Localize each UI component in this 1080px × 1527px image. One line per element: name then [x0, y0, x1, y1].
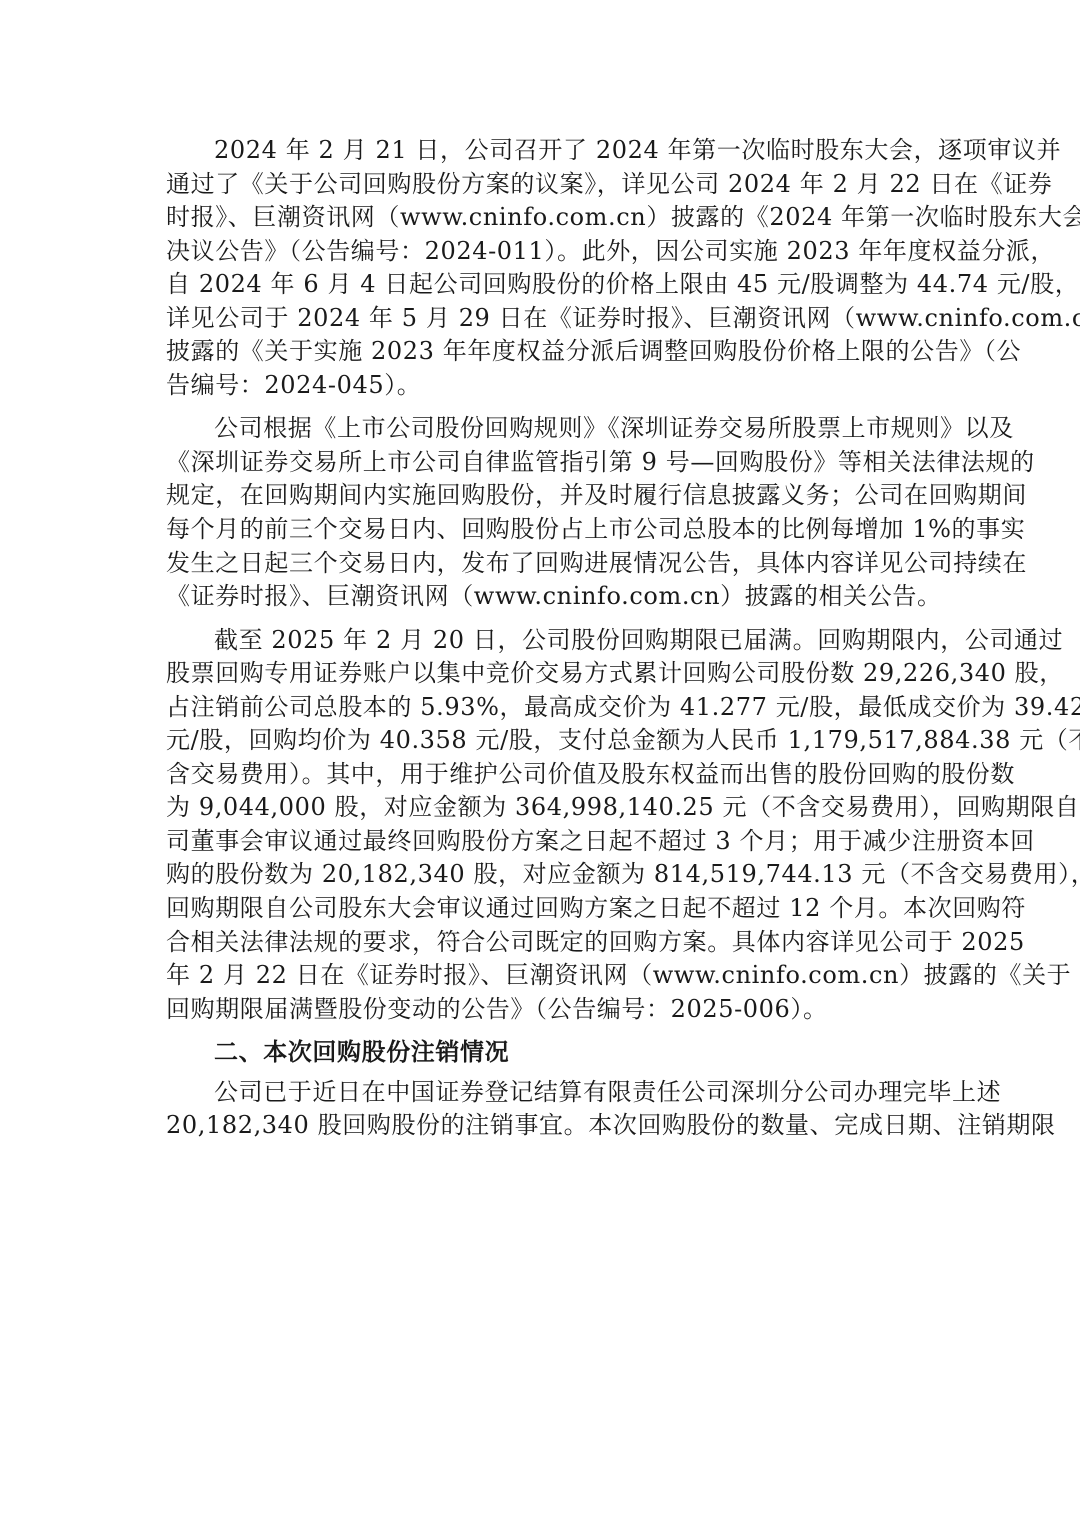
paragraph-cancellation: 公司已于近日在中国证券登记结算有限责任公司深圳分公司办理完毕上述 20,182,… [166, 1076, 916, 1143]
text-line: 元/股，回购均价为 40.358 元/股，支付总金额为人民币 1,179,517… [166, 724, 916, 758]
text-line: 股票回购专用证券账户以集中竞价交易方式累计回购公司股份数 29,226,340 … [166, 657, 916, 691]
text-line: 《深圳证券交易所上市公司自律监管指引第 9 号—回购股份》等相关法律法规的 [166, 446, 916, 480]
text-line: 占注销前公司总股本的 5.93%，最高成交价为 41.277 元/股，最低成交价… [166, 691, 916, 725]
text-line: 公司根据《上市公司股份回购规则》《深圳证券交易所股票上市规则》以及 [166, 412, 916, 446]
text-line: 公司已于近日在中国证券登记结算有限责任公司深圳分公司办理完毕上述 [166, 1076, 916, 1110]
text-line: 自 2024 年 6 月 4 日起公司回购股份的价格上限由 45 元/股调整为 … [166, 268, 916, 302]
text-line: 2024 年 2 月 21 日，公司召开了 2024 年第一次临时股东大会，逐项… [166, 134, 916, 168]
text-line: 每个月的前三个交易日内、回购股份占上市公司总股本的比例每增加 1%的事实 [166, 513, 916, 547]
text-line: 含交易费用）。其中，用于维护公司价值及股东权益而出售的股份回购的股份数 [166, 758, 916, 792]
text-line: 时报》、巨潮资讯网（www.cninfo.com.cn）披露的《2024 年第一… [166, 201, 916, 235]
text-line: 通过了《关于公司回购股份方案的议案》，详见公司 2024 年 2 月 22 日在… [166, 168, 916, 202]
text-line: 购的股份数为 20,182,340 股，对应金额为 814,519,744.13… [166, 858, 916, 892]
paragraph-regulations: 公司根据《上市公司股份回购规则》《深圳证券交易所股票上市规则》以及 《深圳证券交… [166, 412, 916, 613]
text-line: 20,182,340 股回购股份的注销事宜。本次回购股份的数量、完成日期、注销期… [166, 1109, 916, 1143]
text-line: 截至 2025 年 2 月 20 日，公司股份回购期限已届满。回购期限内，公司通… [166, 624, 916, 658]
text-line: 回购期限自公司股东大会审议通过回购方案之日起不超过 12 个月。本次回购符 [166, 892, 916, 926]
text-line: 司董事会审议通过最终回购股份方案之日起不超过 3 个月；用于减少注册资本回 [166, 825, 916, 859]
paragraph-gap [166, 1026, 916, 1036]
text-line: 决议公告》（公告编号：2024-011）。此外，因公司实施 2023 年年度权益… [166, 235, 916, 269]
text-line: 规定，在回购期间内实施回购股份，并及时履行信息披露义务；公司在回购期间 [166, 479, 916, 513]
text-line: 详见公司于 2024 年 5 月 29 日在《证券时报》、巨潮资讯网（www.c… [166, 302, 916, 336]
text-line: 年 2 月 22 日在《证券时报》、巨潮资讯网（www.cninfo.com.c… [166, 959, 916, 993]
paragraph-repurchase-summary: 截至 2025 年 2 月 20 日，公司股份回购期限已届满。回购期限内，公司通… [166, 624, 916, 1027]
paragraph-gap [166, 614, 916, 624]
text-line: 披露的《关于实施 2023 年年度权益分派后调整回购股份价格上限的公告》（公 [166, 335, 916, 369]
text-line: 告编号：2024-045）。 [166, 369, 916, 403]
text-line: 回购期限届满暨股份变动的公告》（公告编号：2025-006）。 [166, 993, 916, 1027]
section-heading: 二、本次回购股份注销情况 [166, 1036, 916, 1070]
document-page: 2024 年 2 月 21 日，公司召开了 2024 年第一次临时股东大会，逐项… [166, 134, 916, 1143]
text-line: 《证券时报》、巨潮资讯网（www.cninfo.com.cn）披露的相关公告。 [166, 580, 916, 614]
text-line: 发生之日起三个交易日内，发布了回购进展情况公告，具体内容详见公司持续在 [166, 547, 916, 581]
paragraph-shareholder-meeting: 2024 年 2 月 21 日，公司召开了 2024 年第一次临时股东大会，逐项… [166, 134, 916, 402]
text-line: 合相关法律法规的要求，符合公司既定的回购方案。具体内容详见公司于 2025 [166, 926, 916, 960]
paragraph-gap [166, 402, 916, 412]
text-line: 为 9,044,000 股，对应金额为 364,998,140.25 元（不含交… [166, 791, 916, 825]
